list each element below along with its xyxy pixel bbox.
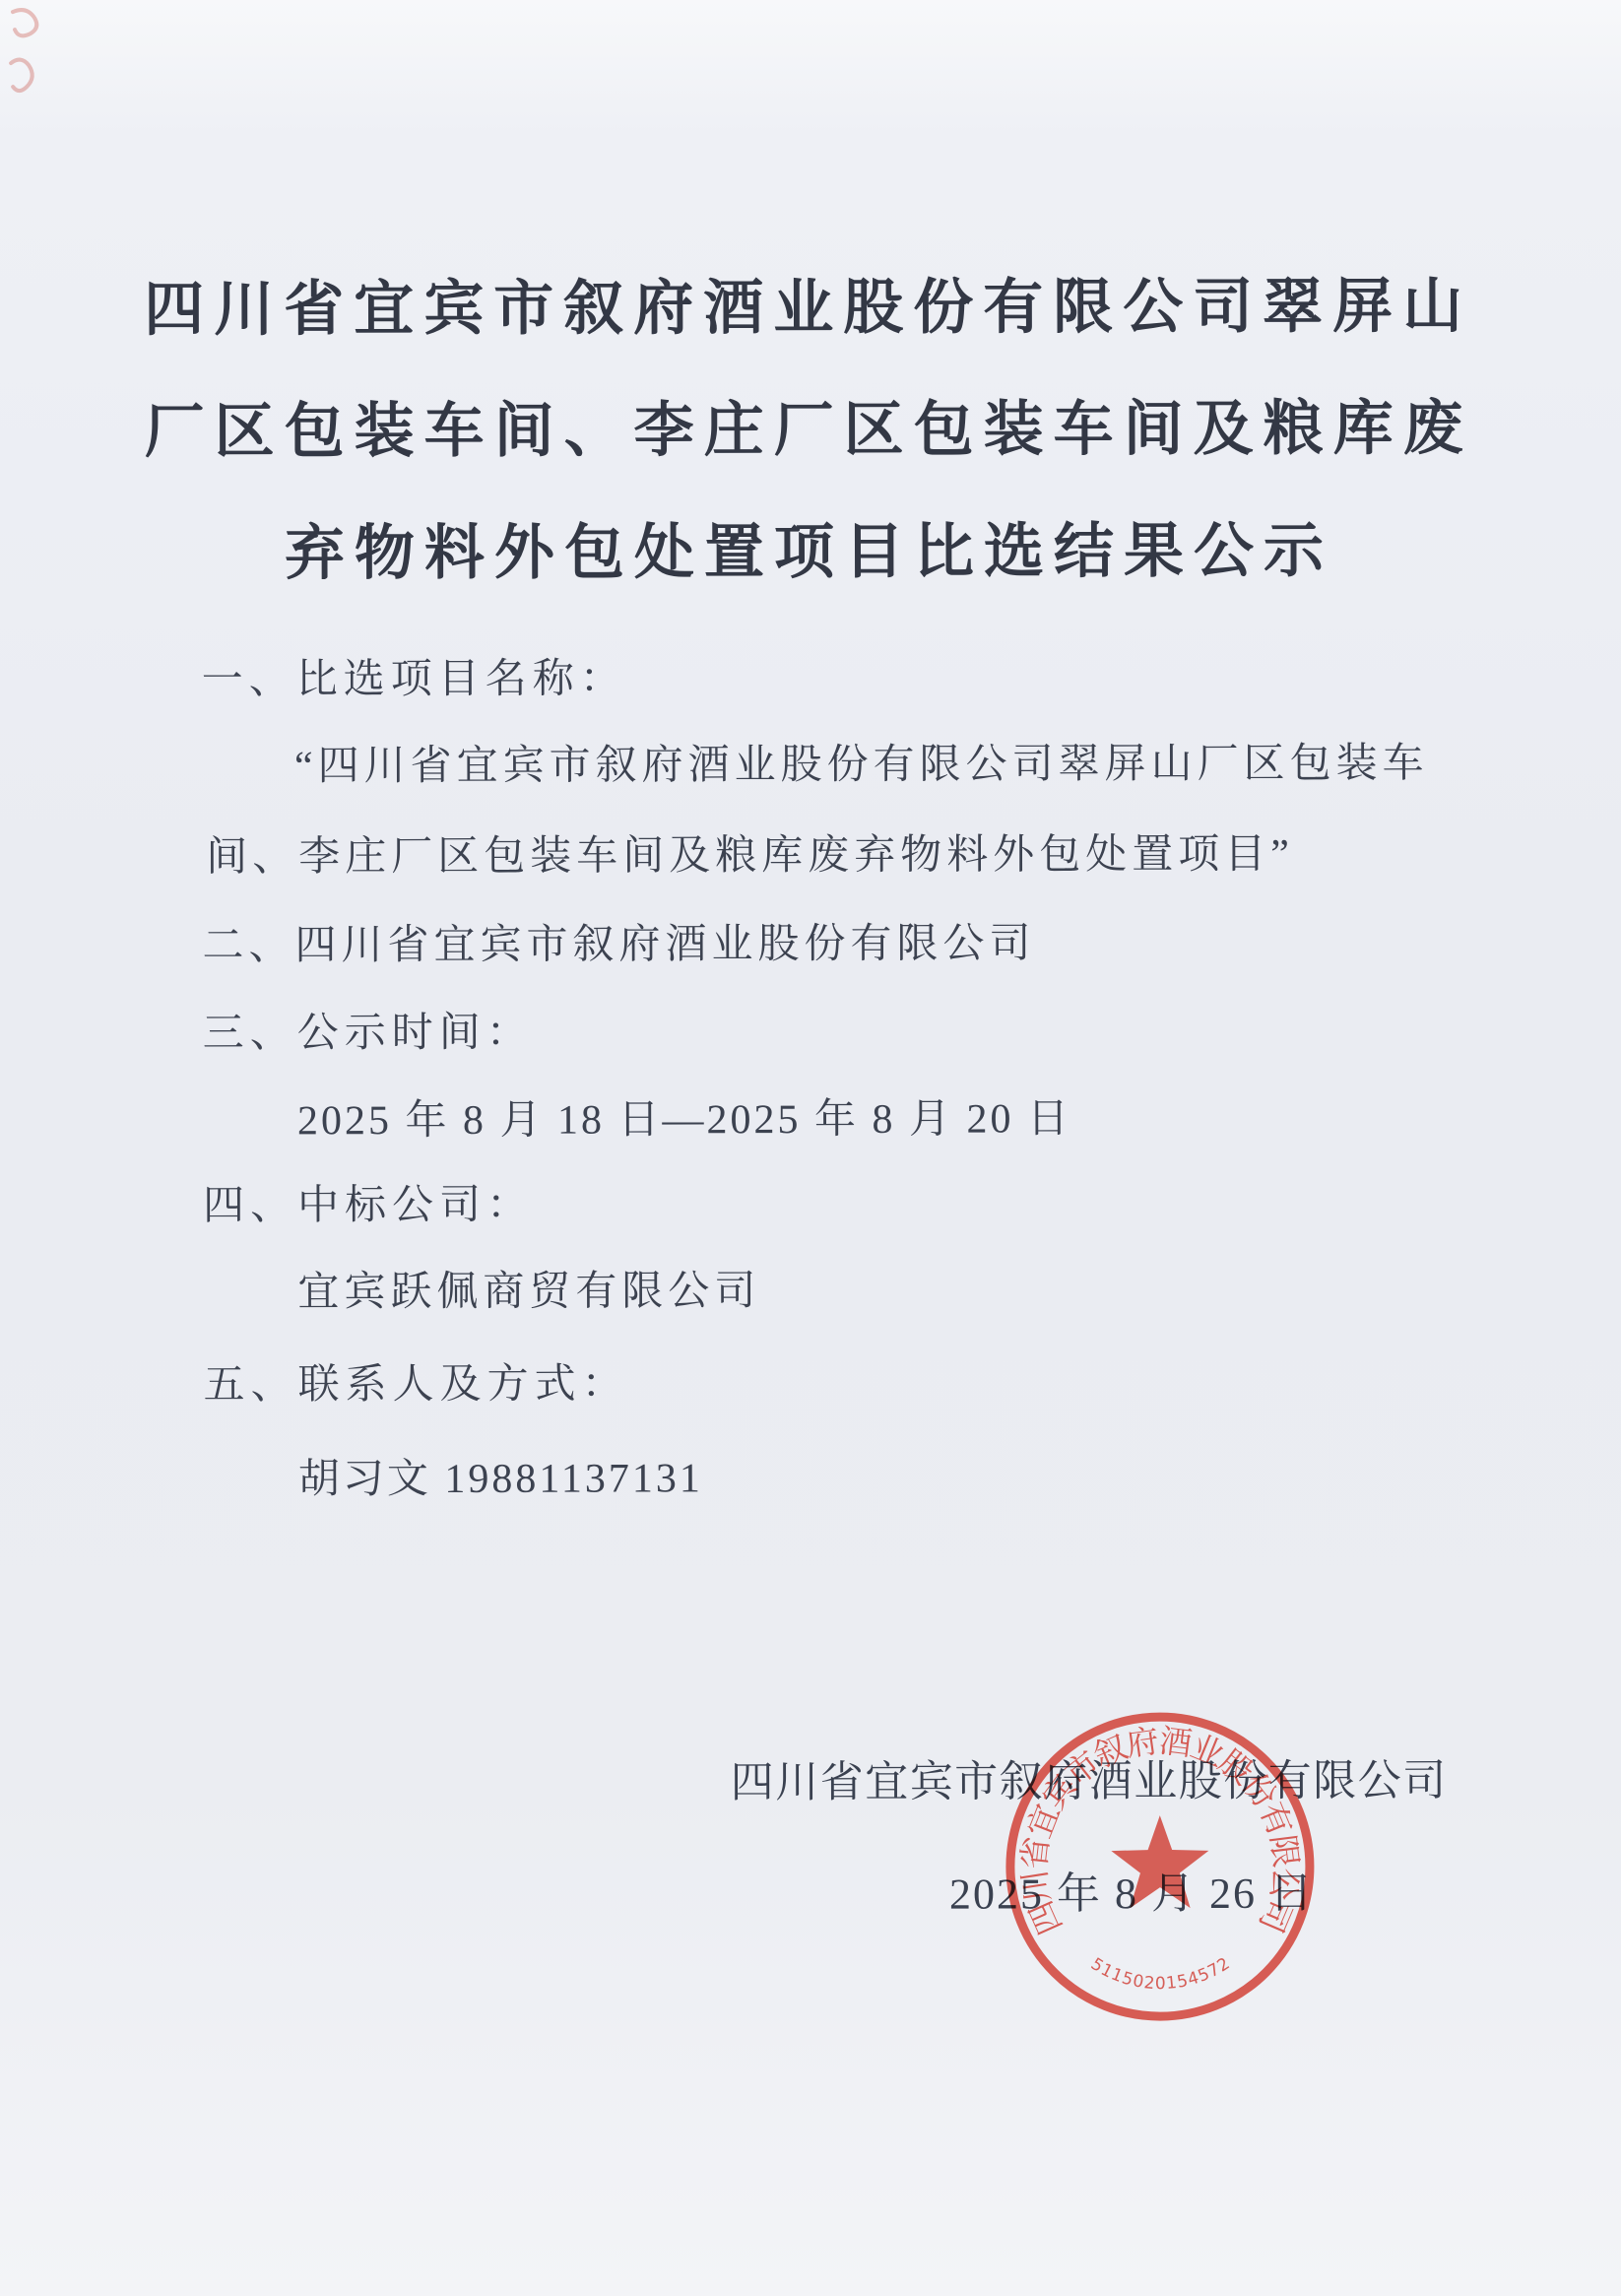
contact-person-value: 胡习文 19881137131 [298, 1458, 703, 1500]
winning-company-value: 宜宾跃佩商贸有限公司 [297, 1271, 760, 1313]
section-1-heading: 一、比选项目名称： [202, 658, 627, 700]
document-page: 四川省宜宾市叙府酒业股份有限公司翠屏山 厂区包装车间、李庄厂区包装车间及粮库废 … [0, 0, 1621, 2296]
seal-star-icon [1111, 1815, 1208, 1908]
section-2-heading: 二、四川省宜宾市叙府酒业股份有限公司 [202, 923, 1035, 966]
document-content: 四川省宜宾市叙府酒业股份有限公司翠屏山 厂区包装车间、李庄厂区包装车间及粮库废 … [0, 0, 1621, 2296]
title-line-3: 弃物料外包处置项目比选结果公示 [116, 491, 1501, 617]
project-name-quote-line-1: “四川省宜宾市叙府酒业股份有限公司翠屏山厂区包装车 [294, 743, 1429, 787]
publication-period-value: 2025 年 8 月 18 日—2025 年 8 月 20 日 [297, 1098, 1071, 1142]
section-5-heading: 五、联系人及方式： [204, 1363, 629, 1406]
project-name-quote-line-2: 间、李庄厂区包装车间及粮库废弃物料外包处置项目” [206, 834, 1294, 879]
document-title: 四川省宜宾市叙府酒业股份有限公司翠屏山 厂区包装车间、李庄厂区包装车间及粮库废 … [116, 246, 1502, 617]
section-3-heading: 三、公示时间： [203, 1013, 534, 1055]
scan-artifact-marks [1, 4, 90, 142]
section-4-heading: 四、中标公司： [203, 1185, 534, 1227]
title-line-1: 四川省宜宾市叙府酒业股份有限公司翠屏山 [116, 246, 1501, 372]
seal-number-text: 5115020154572 [1087, 1954, 1234, 1995]
company-seal: 四川省宜宾市叙府酒业股份有限公司 5115020154572 [992, 1699, 1328, 2035]
title-line-2: 厂区包装车间、李庄厂区包装车间及粮库废 [116, 368, 1501, 494]
